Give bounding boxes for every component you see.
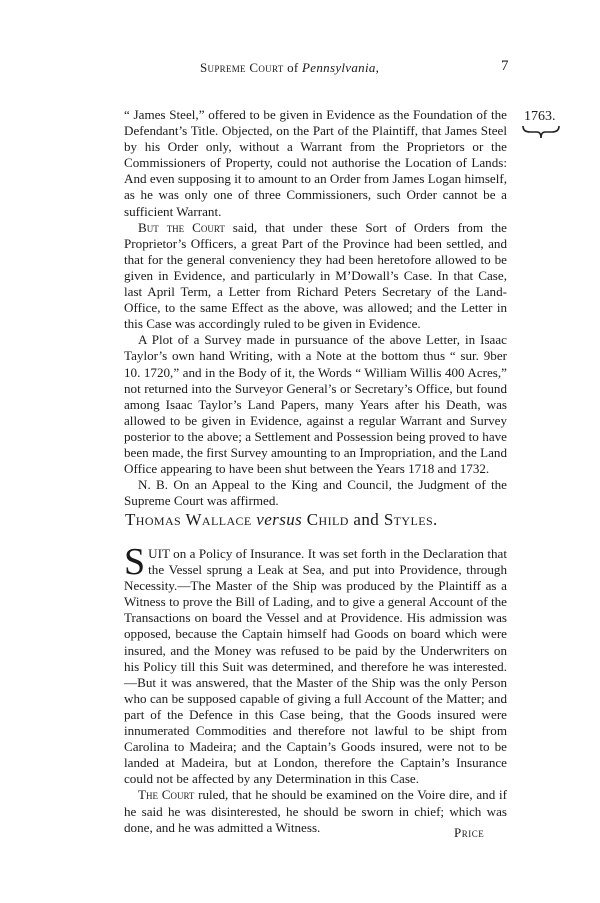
- title-defendant-2: Styles.: [384, 510, 438, 529]
- case-two-text: SUIT on a Policy of Insurance. It was se…: [124, 546, 507, 836]
- case-title: Thomas Wallace versus Child and Styles.: [125, 510, 515, 530]
- page-number: 7: [501, 58, 509, 75]
- title-defendant-1: Child: [307, 510, 349, 529]
- margin-year: 1763.: [524, 109, 556, 125]
- title-versus: versus: [252, 510, 307, 529]
- title-plaintiff: Thomas Wallace: [125, 510, 252, 529]
- running-head-state: Pennsylvania,: [302, 60, 379, 75]
- margin-brace-icon: [522, 125, 560, 139]
- paragraph: The Court ruled, that he should be exami…: [124, 787, 507, 835]
- running-head-of: of: [284, 60, 303, 75]
- paragraph-text: UIT on a Policy of Insurance. It was set…: [124, 546, 507, 786]
- paragraph-text: said, that under these Sort of Orders fr…: [124, 220, 507, 332]
- court-smallcaps: The Court: [138, 787, 194, 802]
- catchword: Price: [454, 825, 484, 841]
- note-paragraph: N. B. On an Appeal to the King and Counc…: [124, 477, 507, 509]
- title-and: and: [349, 510, 384, 529]
- case-one-text: “ James Steel,” offered to be given in E…: [124, 107, 507, 509]
- court-smallcaps: But the Court: [138, 220, 225, 235]
- running-head: Supreme Court of Pennsylvania,: [200, 60, 379, 76]
- running-head-court: Supreme Court: [200, 60, 284, 75]
- book-page: Supreme Court of Pennsylvania, 7 1763. “…: [0, 0, 600, 903]
- paragraph: But the Court said, that under these Sor…: [124, 220, 507, 333]
- paragraph: A Plot of a Survey made in pursuance of …: [124, 332, 507, 477]
- paragraph: SUIT on a Policy of Insurance. It was se…: [124, 546, 507, 787]
- paragraph: “ James Steel,” offered to be given in E…: [124, 107, 507, 220]
- drop-cap: S: [124, 547, 145, 578]
